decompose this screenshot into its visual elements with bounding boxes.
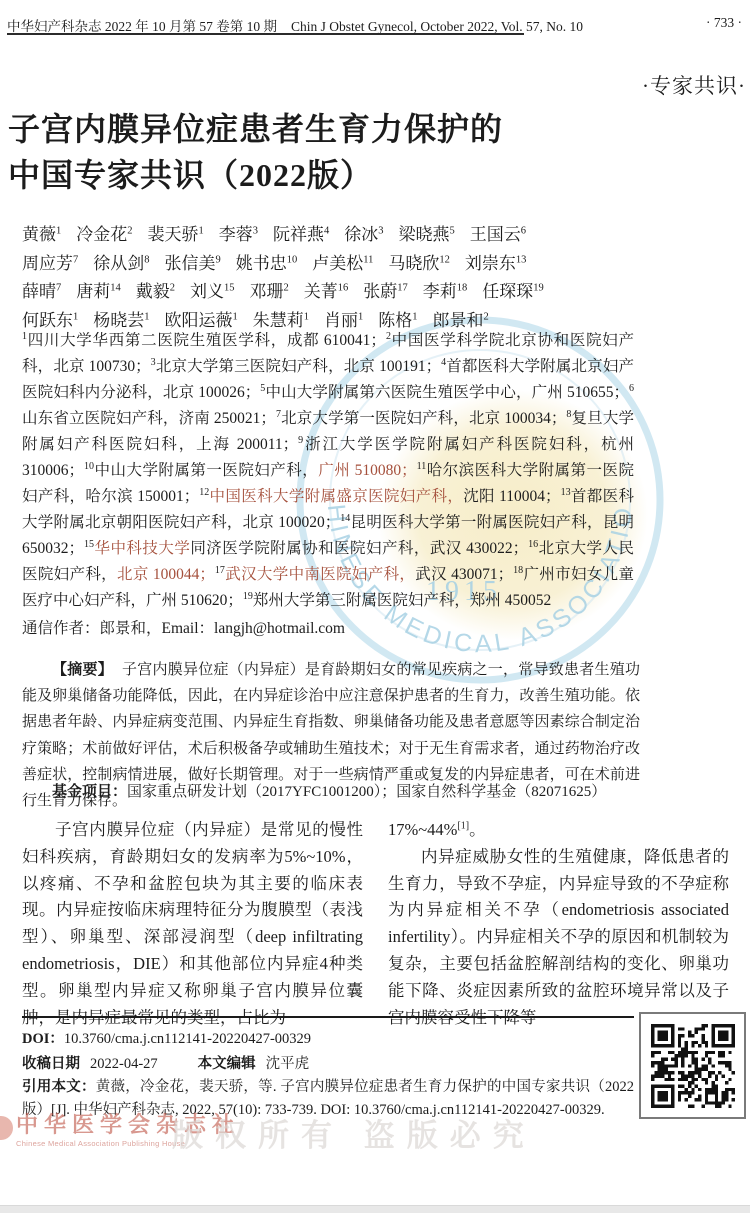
affiliation-text: 武汉 430071； [415, 566, 513, 583]
page-number: · 733 · [706, 15, 742, 31]
author: 马晓欣12 [388, 254, 450, 273]
body-paragraph: 子宫内膜异位症（内异症）是常见的慢性妇科疾病，育龄期妇女的发病率为5%~10%，… [22, 817, 363, 1031]
affiliations-block: 1四川大学华西第二医院生殖医学科，成都 610041；2中国医学科学院北京协和医… [22, 328, 634, 614]
author: 唐莉14 [76, 282, 121, 301]
author: 张蔚17 [363, 282, 408, 301]
body-paragraph: 内异症威胁女性的生殖健康，降低患者的生育力，导致不孕症，内异症导致的不孕症称为内… [388, 844, 729, 1032]
author: 姚书忠10 [236, 254, 298, 273]
affiliation-text: 北京大学第三医院妇产科，北京 100191； [156, 358, 441, 375]
affiliation-text: 同济医学院附属协和医院妇产科，武汉 430022； [190, 540, 528, 557]
header-rule [7, 33, 524, 35]
author-line: 薛晴7唐莉14戴毅2刘义15邓珊2关菁16张蔚17李莉18任琛琛19 [22, 278, 640, 307]
author: 李莉18 [423, 282, 468, 301]
affiliation-number: 16 [528, 539, 538, 550]
author-line: 黄薇1冷金花2裴天骄1李蓉3阮祥燕4徐冰3梁晓燕5王国云6 [22, 221, 640, 250]
meta-line: 收稿日期2022-04-27本文编辑沈平虎 [22, 1052, 309, 1073]
affiliation-text: 北京大学第一医院妇产科，北京 100034； [281, 410, 566, 427]
body-column-right: 17%~44%[1]。内异症威胁女性的生殖健康，降低患者的生育力，导致不孕症，内… [388, 817, 729, 1031]
author: 王国云6 [470, 225, 526, 244]
affiliation-number: 13 [561, 487, 571, 498]
author: 梁晓燕5 [399, 225, 455, 244]
author: 黄薇1 [22, 225, 61, 244]
fund-line: 基金项目：国家重点研发计划（2017YFC1001200）；国家自然科学基金（8… [22, 780, 640, 801]
doi-label: DOI： [22, 1031, 64, 1047]
title-line-2: 中国专家共识（2022版） [8, 152, 503, 198]
affiliation-number: 11 [417, 461, 427, 472]
affiliation-number: 18 [513, 565, 523, 576]
affiliation-text: 北京 100044； [117, 566, 215, 583]
copyright-watermark: 版权所有 盗版必究 [172, 1110, 536, 1155]
author: 何跃东1 [22, 311, 78, 330]
author: 周应芳7 [22, 254, 78, 273]
page-header: 中华妇产科杂志 2022 年 10 月第 57 卷第 10 期Chin J Ob… [7, 15, 583, 35]
author: 徐从剑8 [93, 254, 149, 273]
author: 杨晓芸1 [93, 311, 149, 330]
received-label: 收稿日期 [22, 1056, 80, 1072]
affiliation-number: 19 [243, 591, 253, 602]
author: 李蓉3 [219, 225, 258, 244]
body-paragraph: 17%~44%[1]。 [388, 817, 729, 844]
author-line: 周应芳7徐从剑8张信美9姚书忠10卢美松11马晓欣12刘崇东13 [22, 250, 640, 279]
affiliation-number: 17 [215, 565, 225, 576]
affiliation-text: 沈阳 110004； [463, 488, 560, 505]
section-label: ·专家共识· [642, 70, 746, 100]
author: 阮祥燕4 [273, 225, 329, 244]
qr-code [651, 1024, 735, 1108]
author: 徐冰3 [344, 225, 383, 244]
title-line-1: 子宫内膜异位症患者生育力保护的 [8, 106, 503, 152]
affiliation-number: 10 [84, 461, 94, 472]
journal-page: 1915 CHINESE MEDICAL ASSOCIATION 中华妇产科杂志… [0, 0, 750, 1232]
body-column-left: 子宫内膜异位症（内异症）是常见的慢性妇科疾病，育龄期妇女的发病率为5%~10%，… [22, 817, 363, 1031]
footer-rule [22, 1016, 634, 1018]
correspondence-line: 通信作者：郎景和，Email：langjh@hotmail.com [22, 616, 345, 638]
author: 关菁16 [304, 282, 349, 301]
fund-text: 国家重点研发计划（2017YFC1001200）；国家自然科学基金（820716… [127, 784, 606, 800]
affiliation-text: 四川大学华西第二医院生殖医学科，成都 610041； [27, 332, 386, 349]
author: 卢美松11 [312, 254, 373, 273]
qr-code-box [639, 1012, 746, 1119]
article-title: 子宫内膜异位症患者生育力保护的 中国专家共识（2022版） [8, 106, 503, 198]
author: 刘崇东13 [465, 254, 527, 273]
publisher-mark-circle [0, 1116, 13, 1140]
affiliation-text: 广州 510080； [318, 462, 416, 479]
doi-line: DOI：10.3760/cma.j.cn112141-20220427-0032… [22, 1027, 311, 1048]
journal-title-en: Chin J Obstet Gynecol, October 2022, Vol… [291, 19, 583, 34]
author: 裴天骄1 [148, 225, 204, 244]
affiliation-text: 中山大学附属第一医院妇产科， [94, 462, 318, 479]
author: 陈格1 [378, 311, 417, 330]
author: 戴毅2 [136, 282, 175, 301]
doi-value: 10.3760/cma.j.cn112141-20220427-00329 [64, 1031, 311, 1047]
affiliation-number: 15 [84, 539, 94, 550]
author: 刘义15 [190, 282, 235, 301]
affiliation-text: 武汉大学中南医院妇产科， [225, 566, 415, 583]
affiliation-text: 郑州大学第三附属医院妇产科，郑州 450052 [253, 592, 551, 609]
bottom-bar [0, 1205, 750, 1213]
affiliation-number: 6 [629, 383, 634, 394]
citation-label: 引用本文： [22, 1079, 96, 1095]
author: 冷金花2 [76, 225, 132, 244]
editor-label: 本文编辑 [198, 1056, 256, 1072]
author: 张信美9 [165, 254, 221, 273]
affiliation-number: 12 [199, 487, 209, 498]
received-value: 2022-04-27 [90, 1056, 158, 1072]
affiliation-text: 中国医科大学附属盛京医院妇产科， [209, 488, 463, 505]
author: 薛晴7 [22, 282, 61, 301]
affiliation-text: 山东省立医院妇产科，济南 250021； [22, 410, 276, 427]
affiliation-text: 中山大学附属第六医院生殖医学中心，广州 510655； [265, 384, 629, 401]
author: 郎景和2 [433, 311, 489, 330]
author: 任琛琛19 [482, 282, 544, 301]
authors-block: 黄薇1冷金花2裴天骄1李蓉3阮祥燕4徐冰3梁晓燕5王国云6周应芳7徐从剑8张信美… [22, 221, 640, 335]
author: 朱慧莉1 [253, 311, 309, 330]
author: 邓珊2 [250, 282, 289, 301]
abstract-label: 【摘要】 [52, 662, 113, 678]
journal-title-cn: 中华妇产科杂志 2022 年 10 月第 57 卷第 10 期 [7, 19, 277, 34]
affiliation-text: 华中科技大学 [94, 540, 190, 557]
affiliation-number: 14 [340, 513, 350, 524]
author: 欧阳运薇1 [165, 311, 238, 330]
editor-value: 沈平虎 [266, 1056, 310, 1072]
fund-label: 基金项目： [52, 784, 127, 800]
reference-marker: [1] [457, 821, 469, 832]
author: 肖丽1 [324, 311, 363, 330]
